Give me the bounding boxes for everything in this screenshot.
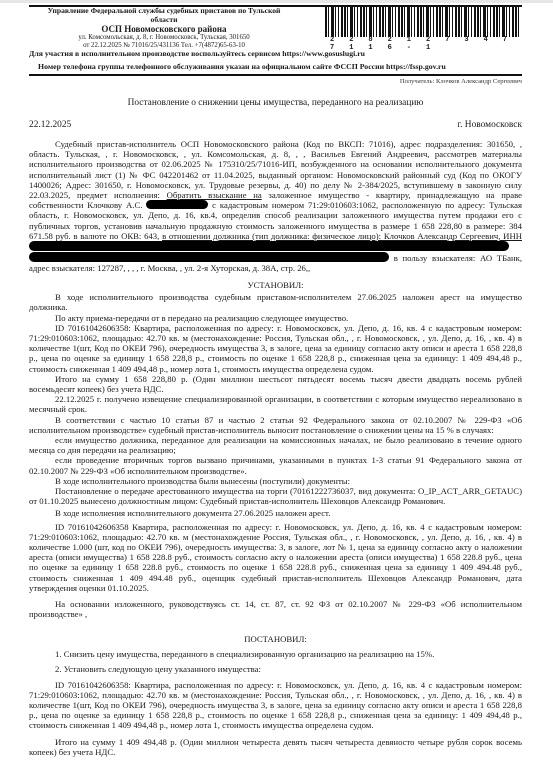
established-paragraph: В соответствии с частью 10 статьи 87 и ч… <box>29 415 522 435</box>
resolved-heading: ПОСТАНОВИЛ: <box>29 634 522 644</box>
document-title: Постановление о снижении цены имущества,… <box>29 98 522 108</box>
established-paragraph: Итого на сумму 1 658 228,80 р. (Один мил… <box>29 374 522 394</box>
header-rule-bottom <box>29 74 522 76</box>
established-paragraph: В ходе исполнительного производства суде… <box>29 292 522 312</box>
resolved-total: Итого на сумму 1 409 494,48 р. (Один мил… <box>29 737 522 757</box>
document-city: г. Новомосковск <box>457 120 522 130</box>
redaction <box>29 252 389 262</box>
established-paragraph: Постановление о передаче арестованного и… <box>29 486 522 506</box>
redaction <box>29 241 509 251</box>
established-paragraph: ID 70161042606358 Квартира, расположенна… <box>29 522 522 593</box>
established-paragraph: В ходе исполнения исполнительного докуме… <box>29 508 522 518</box>
redaction <box>146 200 208 209</box>
resolved-paragraph: ID 70161042606358: Квартира, расположенн… <box>29 680 522 731</box>
top-band <box>0 0 553 3</box>
gosuslugi-notice: Для участия в исполнительном производств… <box>29 49 522 58</box>
phone-notice: Номер телефона группы телефонного обслуж… <box>38 62 522 71</box>
established-section: УСТАНОВИЛ: В ходе исполнительного произв… <box>29 278 522 620</box>
issuer-department: ОСП Новомосковского района <box>29 24 299 34</box>
resolved-item: 2. Установить следующую цену указанного … <box>29 664 522 674</box>
intro-paragraph: Судебный пристав-исполнитель ОСП Новомос… <box>29 139 522 274</box>
document-date: 22.12.2025 <box>29 120 71 130</box>
established-paragraph: если проведение вторичных торгов вызвано… <box>29 455 522 475</box>
issuer-address: ул. Комсомольская, д. 8, г. Новомосковск… <box>29 34 299 42</box>
established-heading: УСТАНОВИЛ: <box>29 280 522 290</box>
established-paragraph: 22.12.2025 г. получено извещение специал… <box>29 394 522 414</box>
established-paragraph: ID 70161042606358: Квартира, расположенн… <box>29 323 522 374</box>
issuer-header: Управление Федеральной службы судебных п… <box>29 7 299 49</box>
recipient: Получатель: Клочков Александр Сергеевич <box>300 78 522 85</box>
established-paragraph: На основании изложенного, руководствуясь… <box>29 599 522 619</box>
issuer-org-line2: области <box>29 16 299 25</box>
established-paragraph: По акту приема-передачи от в передано на… <box>29 313 522 323</box>
barcode <box>325 7 521 37</box>
established-paragraph: В ходе исполнительного производства были… <box>29 476 522 486</box>
resolved-item: 1. Снизить цену имущества, переданного в… <box>29 649 522 659</box>
resolved-section: ПОСТАНОВИЛ: 1. Снизить цену имущества, п… <box>29 632 522 757</box>
established-paragraph: если имущество должника, переданное для … <box>29 435 522 455</box>
intro-text: Судебный пристав-исполнитель ОСП Новомос… <box>29 139 522 274</box>
